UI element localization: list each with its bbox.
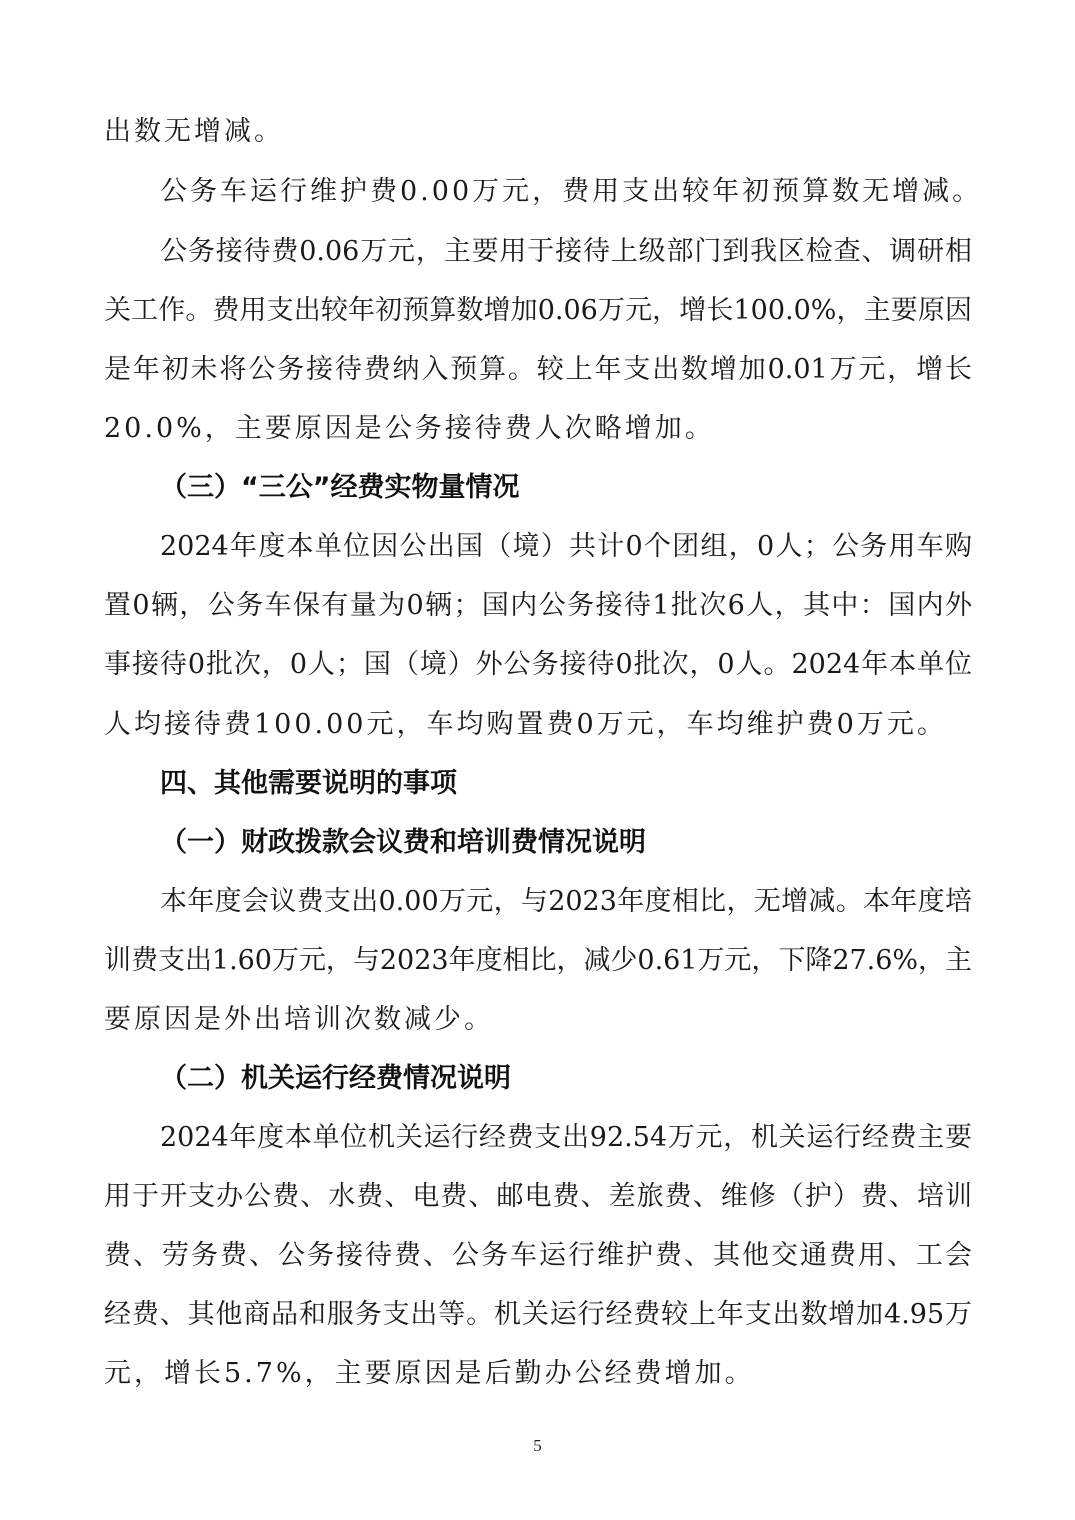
section-heading: （一）财政拨款会议费和培训费情况说明 xyxy=(160,823,972,863)
paragraph-line: 2024年度本单位机关运行经费支出92.54万元，机关运行经费主要 xyxy=(160,1118,972,1158)
paragraph-line: 是年初未将公务接待费纳入预算。较上年支出数增加0.01万元，增长 xyxy=(104,350,972,390)
page-number: 5 xyxy=(0,1436,1075,1456)
paragraph-line: 20.0%，主要原因是公务接待费人次略增加。 xyxy=(104,409,972,449)
paragraph-line: 本年度会议费支出0.00万元，与2023年度相比，无增减。本年度培 xyxy=(160,882,972,922)
paragraph-line: 2024年度本单位因公出国（境）共计0个团组，0人；公务用车购 xyxy=(160,527,972,567)
paragraph-line: 公务接待费0.06万元，主要用于接待上级部门到我区检查、调研相 xyxy=(160,232,972,272)
paragraph-line: 元，增长5.7%，主要原因是后勤办公经费增加。 xyxy=(104,1354,972,1394)
paragraph-line: 公务车运行维护费0.00万元，费用支出较年初预算数无增减。 xyxy=(160,172,972,212)
paragraph-line: 经费、其他商品和服务支出等。机关运行经费较上年支出数增加4.95万 xyxy=(104,1295,972,1335)
paragraph-line: 费、劳务费、公务接待费、公务车运行维护费、其他交通费用、工会 xyxy=(104,1236,972,1276)
paragraph-line: 用于开支办公费、水费、电费、邮电费、差旅费、维修（护）费、培训 xyxy=(104,1177,972,1217)
section-heading: （三）“三公”经费实物量情况 xyxy=(160,468,972,508)
paragraph-line: 训费支出1.60万元，与2023年度相比，减少0.61万元，下降27.6%，主 xyxy=(104,941,972,981)
document-page: 出数无增减。公务车运行维护费0.00万元，费用支出较年初预算数无增减。公务接待费… xyxy=(0,0,1075,1520)
paragraph-line: 出数无增减。 xyxy=(104,112,972,152)
paragraph-line: 置0辆，公务车保有量为0辆；国内公务接待1批次6人，其中：国内外 xyxy=(104,586,972,626)
paragraph-line: 事接待0批次，0人；国（境）外公务接待0批次，0人。2024年本单位 xyxy=(104,645,972,685)
paragraph-line: 人均接待费100.00元，车均购置费0万元，车均维护费0万元。 xyxy=(104,705,972,745)
section-heading: （二）机关运行经费情况说明 xyxy=(160,1059,972,1099)
paragraph-line: 关工作。费用支出较年初预算数增加0.06万元，增长100.0%，主要原因 xyxy=(104,291,972,331)
section-heading: 四、其他需要说明的事项 xyxy=(160,764,972,804)
paragraph-line: 要原因是外出培训次数减少。 xyxy=(104,1000,972,1040)
